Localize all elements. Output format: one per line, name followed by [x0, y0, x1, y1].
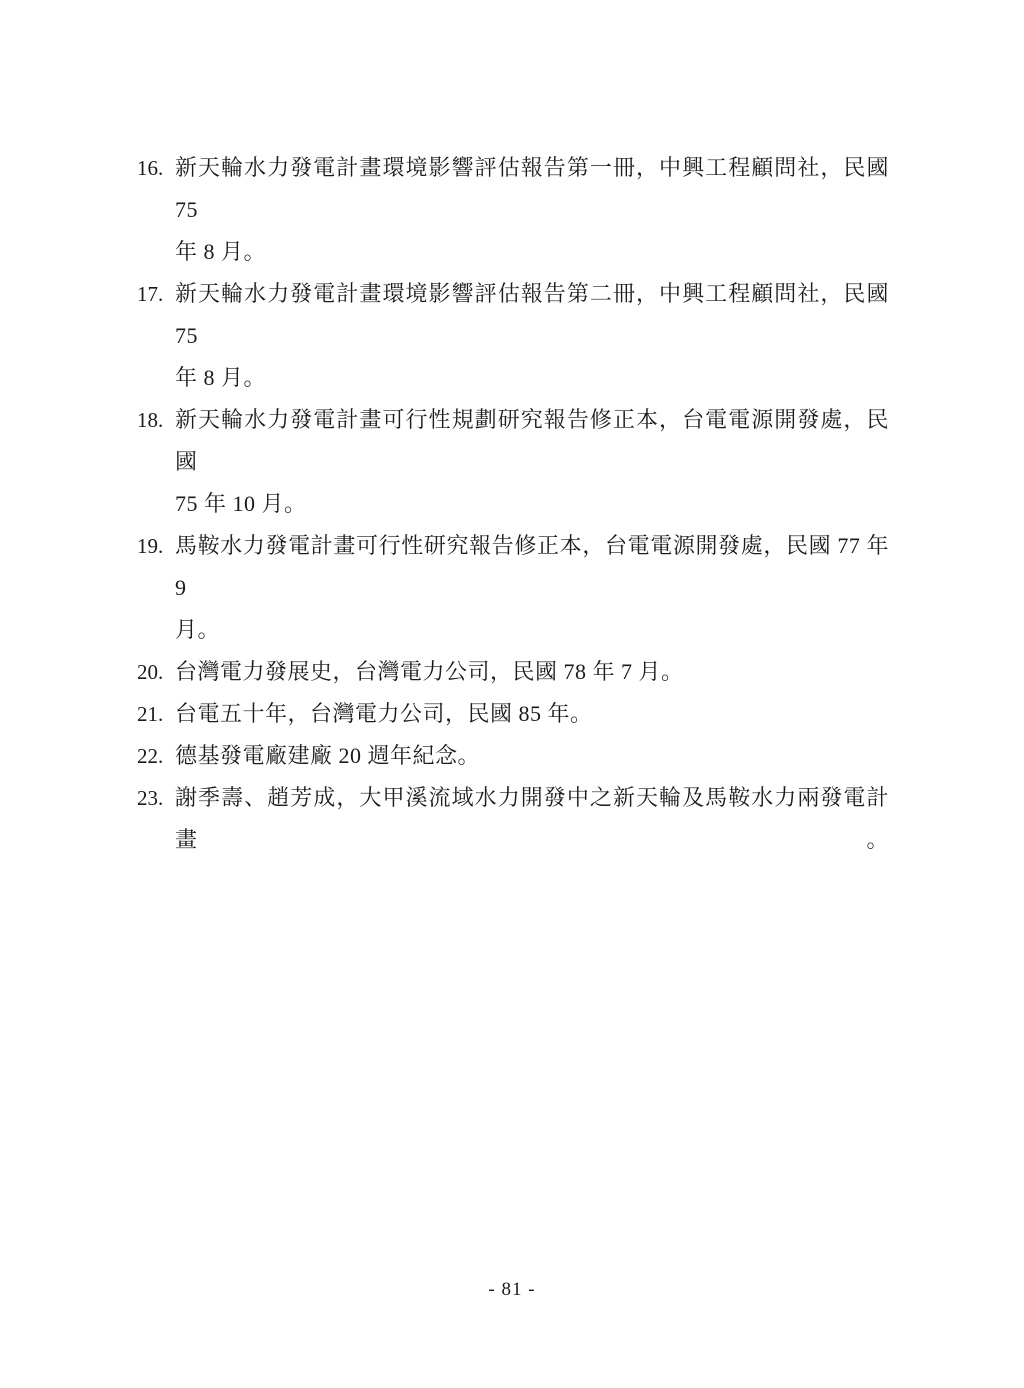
reference-item: 16.新天輪水力發電計畫環境影響評估報告第一冊，中興工程顧問社，民國 75年 8… — [137, 147, 889, 273]
reference-text-line: 年 8 月。 — [175, 231, 889, 273]
reference-list: 16.新天輪水力發電計畫環境影響評估報告第一冊，中興工程顧問社，民國 75年 8… — [137, 147, 889, 861]
reference-text-line: 台電五十年，台灣電力公司，民國 85 年。 — [175, 693, 889, 735]
reference-text-line: 德基發電廠建廠 20 週年紀念。 — [175, 735, 889, 777]
reference-item: 20.台灣電力發展史，台灣電力公司，民國 78 年 7 月。 — [137, 651, 889, 693]
reference-text-line: 新天輪水力發電計畫環境影響評估報告第一冊，中興工程顧問社，民國 75 — [175, 147, 889, 231]
document-page: 16.新天輪水力發電計畫環境影響評估報告第一冊，中興工程顧問社，民國 75年 8… — [0, 0, 1024, 1388]
reference-text-line: 新天輪水力發電計畫環境影響評估報告第二冊，中興工程顧問社，民國 75 — [175, 273, 889, 357]
reference-number: 20. — [137, 651, 163, 693]
reference-item: 23.謝季壽、趙芳成，大甲溪流域水力開發中之新天輪及馬鞍水力兩發電計畫。 — [137, 777, 889, 861]
reference-item: 18.新天輪水力發電計畫可行性規劃研究報告修正本，台電電源開發處，民國75 年 … — [137, 399, 889, 525]
reference-item: 22.德基發電廠建廠 20 週年紀念。 — [137, 735, 889, 777]
page-number: - 81 - — [0, 1276, 1024, 1304]
reference-text-line: 年 8 月。 — [175, 357, 889, 399]
reference-text-line: 75 年 10 月。 — [175, 483, 889, 525]
reference-number: 21. — [137, 693, 163, 735]
reference-number: 17. — [137, 273, 163, 315]
reference-number: 16. — [137, 147, 163, 189]
reference-item: 17.新天輪水力發電計畫環境影響評估報告第二冊，中興工程顧問社，民國 75年 8… — [137, 273, 889, 399]
reference-text-line: 台灣電力發展史，台灣電力公司，民國 78 年 7 月。 — [175, 651, 889, 693]
reference-text-line: 謝季壽、趙芳成，大甲溪流域水力開發中之新天輪及馬鞍水力兩發電計畫。 — [175, 777, 889, 861]
reference-number: 23. — [137, 777, 163, 819]
reference-text-line: 新天輪水力發電計畫可行性規劃研究報告修正本，台電電源開發處，民國 — [175, 399, 889, 483]
reference-text-line: 月。 — [175, 609, 889, 651]
reference-number: 18. — [137, 399, 163, 441]
reference-text-line: 馬鞍水力發電計畫可行性研究報告修正本，台電電源開發處，民國 77 年 9 — [175, 525, 889, 609]
reference-number: 19. — [137, 525, 163, 567]
reference-number: 22. — [137, 735, 163, 777]
reference-item: 21.台電五十年，台灣電力公司，民國 85 年。 — [137, 693, 889, 735]
reference-item: 19.馬鞍水力發電計畫可行性研究報告修正本，台電電源開發處，民國 77 年 9月… — [137, 525, 889, 651]
